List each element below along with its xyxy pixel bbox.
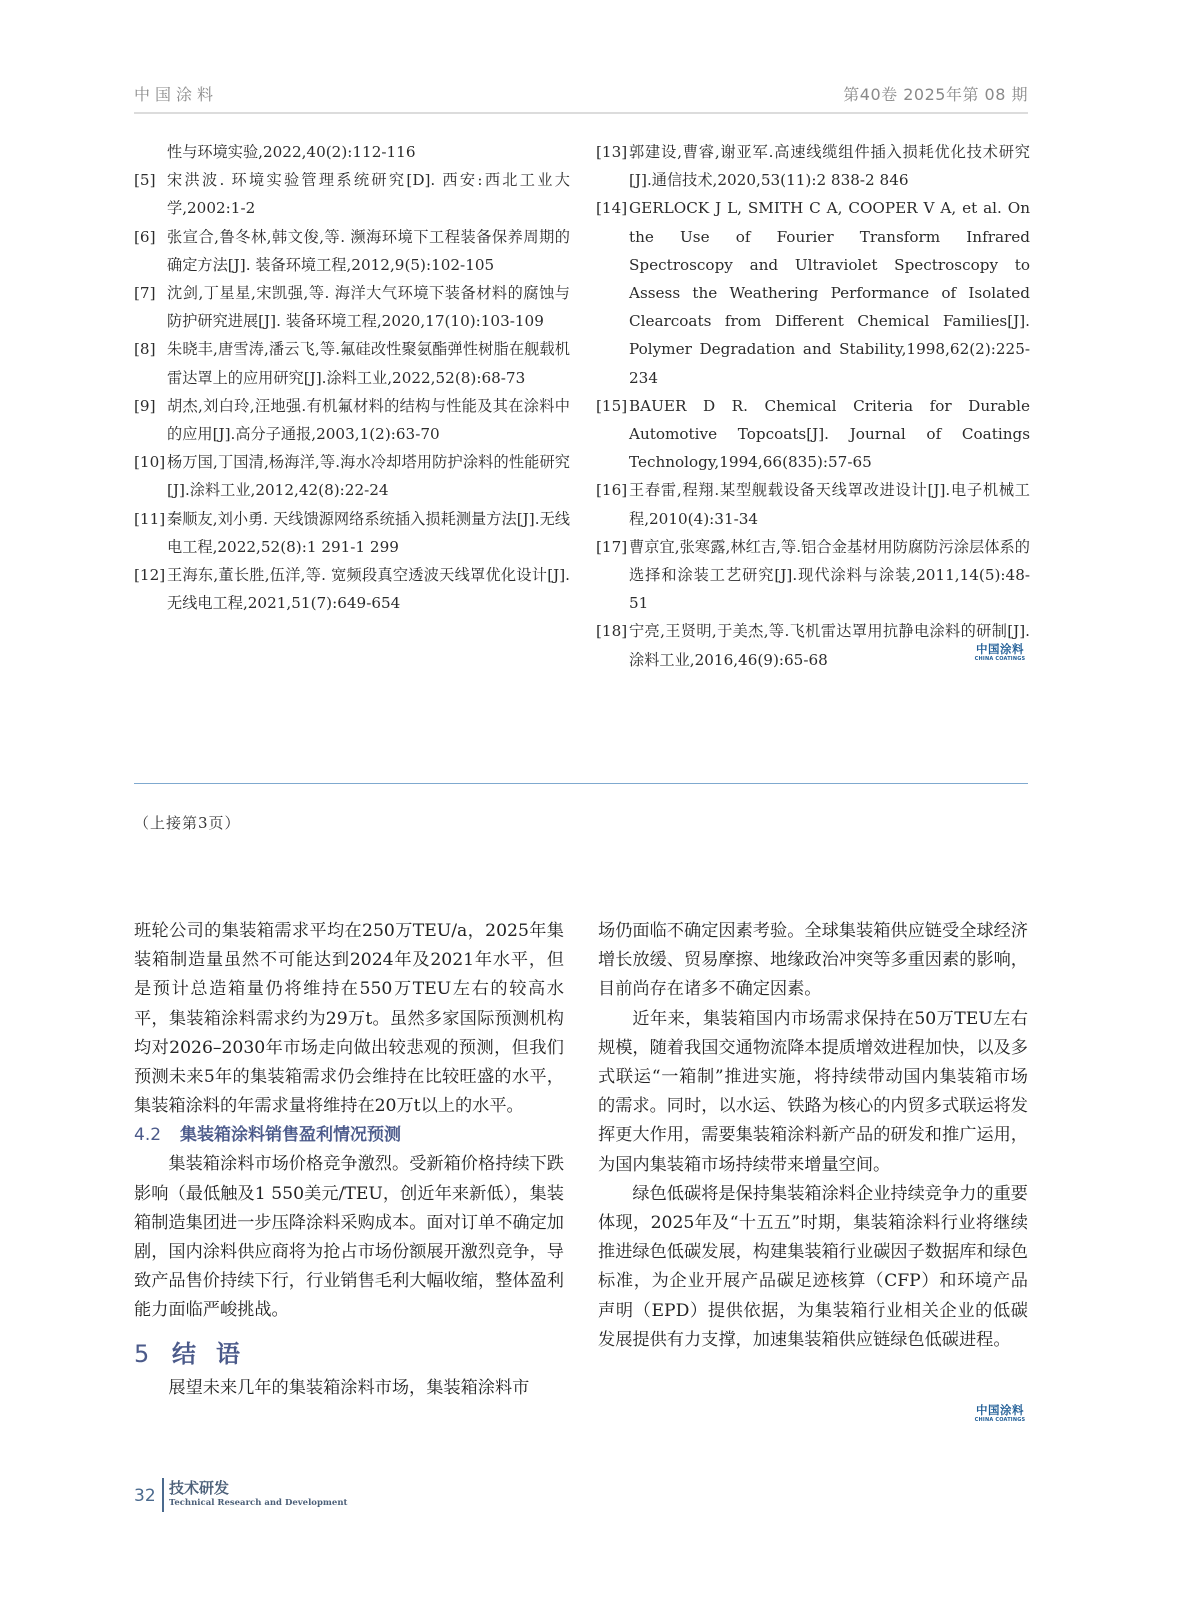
reference-item: [7] 沈剑,丁星星,宋凯强,等. 海洋大气环境下装备材料的腐蚀与防护研究进展[… [134, 279, 570, 335]
reference-item: [10] 杨万国,丁国清,杨海洋,等.海水冷却塔用防护涂料的性能研究[J].涂料… [134, 448, 570, 504]
reference-item: [18] 宁亮,王贤明,于美杰,等.飞机雷达罩用抗静电涂料的研制[J].涂料工业… [596, 617, 1030, 673]
paragraph: 集装箱涂料市场价格竞争激烈。受新箱价格持续下跌影响（最低触及1 550美元/TE… [134, 1150, 564, 1325]
section-number: 5 [134, 1336, 172, 1372]
reference-item: [6] 张宣合,鲁冬林,韩文俊,等. 濒海环境下工程装备保养周期的确定方法[J]… [134, 223, 570, 279]
reference-text: 性与环境实验,2022,40(2):112-116 [167, 143, 416, 161]
page-number: 32 [134, 1486, 156, 1506]
reference-text: 杨万国,丁国清,杨海洋,等.海水冷却塔用防护涂料的性能研究[J].涂料工业,20… [167, 453, 570, 499]
reference-item: [5] 宋洪波. 环境实验管理系统研究[D]. 西安:西北工业大学,2002:1… [134, 166, 570, 222]
reference-text: 张宣合,鲁冬林,韩文俊,等. 濒海环境下工程装备保养周期的确定方法[J]. 装备… [167, 228, 570, 274]
references-right-column: [13] 郭建设,曹睿,谢亚军.高速线缆组件插入损耗优化技术研究[J].通信技术… [596, 138, 1030, 674]
china-coatings-logo: 中国涂料 CHINA COATINGS [970, 643, 1030, 663]
reference-item: [16] 王春雷,程翔.某型舰载设备天线罩改进设计[J].电子机械工程,2010… [596, 476, 1030, 532]
reference-item: [9] 胡杰,刘白玲,汪地强.有机氟材料的结构与性能及其在涂料中的应用[J].高… [134, 392, 570, 448]
reference-text: 胡杰,刘白玲,汪地强.有机氟材料的结构与性能及其在涂料中的应用[J].高分子通报… [167, 397, 570, 443]
reference-text: 王海东,董长胜,伍洋,等. 宽频段真空透波天线罩优化设计[J]. 无线电工程,2… [167, 566, 570, 612]
continued-from-note: （上接第3页） [134, 812, 241, 833]
article-right-column: 场仍面临不确定因素考验。全球集装箱供应链受全球经济增长放缓、贸易摩擦、地缘政治冲… [598, 917, 1028, 1355]
reference-number: [16] [596, 476, 627, 504]
paragraph: 班轮公司的集装箱需求平均在250万TEU/a，2025年集装箱制造量虽然不可能达… [134, 917, 564, 1121]
reference-number: [14] [596, 194, 627, 222]
footer-section-en: Technical Research and Development [169, 1498, 347, 1508]
reference-item: 性与环境实验,2022,40(2):112-116 [134, 138, 570, 166]
reference-text: 宋洪波. 环境实验管理系统研究[D]. 西安:西北工业大学,2002:1-2 [167, 171, 570, 217]
footer-section-cn: 技术研发 [169, 1477, 229, 1498]
reference-item: [12] 王海东,董长胜,伍洋,等. 宽频段真空透波天线罩优化设计[J]. 无线… [134, 561, 570, 617]
logo-text-en: CHINA COATINGS [970, 656, 1030, 663]
reference-text: 王春雷,程翔.某型舰载设备天线罩改进设计[J].电子机械工程,2010(4):3… [629, 481, 1030, 527]
issue-info: 第40卷 2025年第 08 期 [843, 82, 1028, 105]
reference-text: 沈剑,丁星星,宋凯强,等. 海洋大气环境下装备材料的腐蚀与防护研究进展[J]. … [167, 284, 570, 330]
reference-number: [12] [134, 561, 165, 589]
reference-text: BAUER D R. Chemical Criteria for Durable… [629, 397, 1030, 471]
section-title: 结语 [172, 1340, 260, 1368]
reference-item: [11] 秦顺友,刘小勇. 天线馈源网络系统插入损耗测量方法[J].无线电工程,… [134, 505, 570, 561]
reference-number: [13] [596, 138, 627, 166]
reference-text: 秦顺友,刘小勇. 天线馈源网络系统插入损耗测量方法[J].无线电工程,2022,… [167, 510, 570, 556]
reference-number: [9] [134, 392, 156, 420]
logo-text-cn: 中国涂料 [970, 1404, 1030, 1417]
paragraph: 绿色低碳将是保持集装箱涂料企业持续竞争力的重要体现，2025年及“十五五”时期，… [598, 1180, 1028, 1355]
section-heading: 5结语 [134, 1336, 564, 1372]
reference-item: [8] 朱晓丰,唐雪涛,潘云飞,等.氟硅改性聚氨酯弹性树脂在舰载机雷达罩上的应用… [134, 335, 570, 391]
reference-number: [6] [134, 223, 156, 251]
paragraph: 展望未来几年的集装箱涂料市场，集装箱涂料市 [134, 1374, 564, 1403]
paragraph: 场仍面临不确定因素考验。全球集装箱供应链受全球经济增长放缓、贸易摩擦、地缘政治冲… [598, 917, 1028, 1005]
references-left-column: 性与环境实验,2022,40(2):112-116 [5] 宋洪波. 环境实验管… [134, 138, 570, 617]
subsection-heading: 4.2集装箱涂料销售盈利情况预测 [134, 1121, 564, 1150]
reference-number: [15] [596, 392, 627, 420]
running-header: 中国涂料 第40卷 2025年第 08 期 [134, 82, 1028, 114]
reference-text: 朱晓丰,唐雪涛,潘云飞,等.氟硅改性聚氨酯弹性树脂在舰载机雷达罩上的应用研究[J… [167, 340, 570, 386]
subsection-title: 集装箱涂料销售盈利情况预测 [180, 1125, 401, 1145]
subsection-number: 4.2 [134, 1121, 180, 1150]
reference-number: [8] [134, 335, 156, 363]
section-divider [134, 783, 1028, 784]
reference-item: [15] BAUER D R. Chemical Criteria for Du… [596, 392, 1030, 477]
reference-item: [14] GERLOCK J L, SMITH C A, COOPER V A,… [596, 194, 1030, 391]
logo-text-cn: 中国涂料 [970, 643, 1030, 656]
reference-number: [18] [596, 617, 627, 645]
china-coatings-logo: 中国涂料 CHINA COATINGS [970, 1404, 1030, 1424]
reference-number: [17] [596, 533, 627, 561]
reference-number: [11] [134, 505, 165, 533]
reference-number: [5] [134, 166, 156, 194]
journal-name: 中国涂料 [134, 82, 218, 105]
article-left-column: 班轮公司的集装箱需求平均在250万TEU/a，2025年集装箱制造量虽然不可能达… [134, 917, 564, 1403]
logo-text-en: CHINA COATINGS [970, 1417, 1030, 1424]
reference-item: [13] 郭建设,曹睿,谢亚军.高速线缆组件插入损耗优化技术研究[J].通信技术… [596, 138, 1030, 194]
paragraph: 近年来，集装箱国内市场需求保持在50万TEU左右规模，随着我国交通物流降本提质增… [598, 1005, 1028, 1180]
footer-separator [162, 1478, 164, 1512]
reference-text: GERLOCK J L, SMITH C A, COOPER V A, et a… [629, 199, 1030, 386]
reference-text: 曹京宜,张寒露,林红吉,等.铝合金基材用防腐防污涂层体系的选择和涂装工艺研究[J… [629, 538, 1030, 612]
reference-item: [17] 曹京宜,张寒露,林红吉,等.铝合金基材用防腐防污涂层体系的选择和涂装工… [596, 533, 1030, 618]
reference-number: [10] [134, 448, 165, 476]
reference-number: [7] [134, 279, 156, 307]
reference-text: 郭建设,曹睿,谢亚军.高速线缆组件插入损耗优化技术研究[J].通信技术,2020… [629, 143, 1030, 189]
